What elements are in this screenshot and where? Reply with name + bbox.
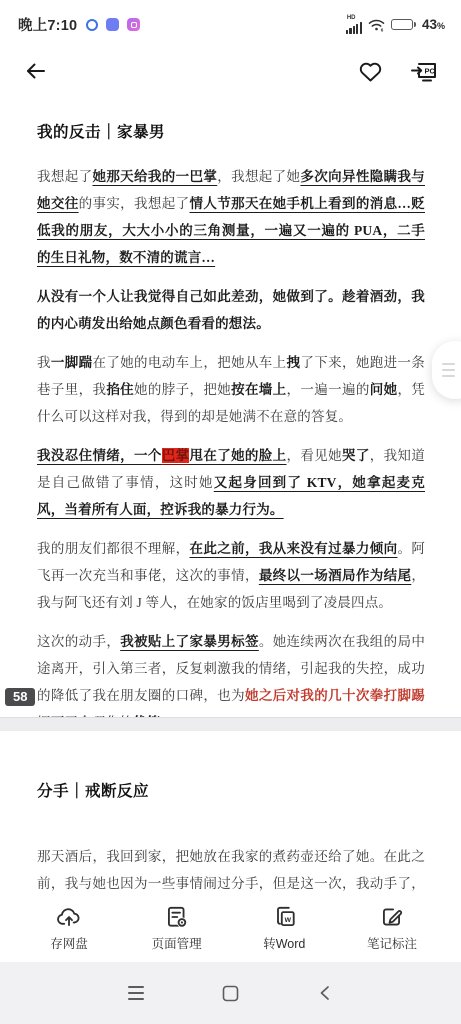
word-convert-icon: w — [271, 904, 298, 930]
note-annotate-button[interactable]: 笔记标注 — [349, 904, 435, 962]
page-manage-button[interactable]: 页面管理 — [134, 904, 220, 962]
notification-icons — [86, 18, 140, 31]
document-page-1[interactable]: 我的反击｜家暴男 我想起了她那天给我的一巴掌，我想起了她多次向异性隐瞒我与她交往… — [0, 102, 461, 717]
paragraph: 我想起了她那天给我的一巴掌，我想起了她多次向异性隐瞒我与她交往的事实，我想起了情… — [37, 163, 425, 271]
purple-app-icon — [127, 18, 140, 31]
back-arrow-icon[interactable] — [24, 59, 48, 83]
toolbar-label: 转Word — [263, 934, 305, 952]
paragraph: 从没有一个人让我觉得自己如此差劲，她做到了。趁着酒劲，我的内心萌发出给她点颜色看… — [37, 283, 425, 337]
status-bar: 晚上7:10 HD 6 43% — [0, 0, 461, 40]
svg-text:PC: PC — [425, 67, 436, 76]
battery-percent: 43% — [422, 17, 445, 32]
favorite-heart-icon[interactable] — [358, 60, 383, 83]
hd-label: HD — [347, 15, 356, 21]
svg-text:6: 6 — [381, 27, 384, 31]
status-indicators: HD 6 43% — [346, 15, 445, 34]
phone-screen: 晚上7:10 HD 6 43% — [0, 0, 461, 1024]
paragraph: 我的朋友们都很不理解，在此之前，我从来没有过暴力倾向。阿飞再一次充当和事佬，这次… — [37, 535, 425, 616]
wifi-icon: 6 — [368, 18, 385, 32]
paragraph: 这次的动手，我被贴上了家暴男标签。她连续两次在我组的局中途离开，引入第三者，反复… — [37, 628, 425, 717]
svg-text:w: w — [283, 915, 291, 924]
toolbar-label: 页面管理 — [152, 934, 202, 952]
back-chevron-icon[interactable] — [317, 984, 333, 1002]
cloud-upload-icon — [55, 904, 83, 930]
home-icon[interactable] — [222, 985, 239, 1002]
page-separator — [0, 717, 461, 731]
page-indicator-badge: 58 — [5, 688, 35, 706]
save-to-cloud-button[interactable]: 存网盘 — [26, 904, 112, 962]
bottom-toolbar: 存网盘 页面管理 w — [0, 898, 461, 962]
system-nav-bar — [0, 962, 461, 1024]
blue-app-icon — [106, 18, 119, 31]
section-title: 分手｜戒断反应 — [37, 779, 425, 801]
paragraph: 我一脚踹在了她的电动车上，把她从车上拽了下来，她跑进一条巷子里，我掐住她的脖子，… — [37, 349, 425, 430]
circle-app-icon — [86, 19, 98, 31]
send-to-pc-icon[interactable]: PC — [409, 58, 439, 84]
signal-icon: HD — [346, 15, 362, 34]
note-annotate-icon — [378, 904, 405, 930]
toolbar-label: 笔记标注 — [367, 934, 417, 952]
sidebar-pull-handle[interactable] — [432, 341, 461, 399]
toolbar-label: 存网盘 — [50, 934, 88, 952]
battery-icon — [391, 19, 416, 31]
section-title: 我的反击｜家暴男 — [37, 120, 425, 142]
page-manage-icon — [163, 904, 190, 930]
app-bar: PC — [0, 40, 461, 102]
paragraph: 我没忍住情绪，一个巴掌甩在了她的脸上，看见她哭了，我知道是自己做错了事情，这时她… — [37, 442, 425, 523]
convert-word-button[interactable]: w 转Word — [241, 904, 327, 962]
recents-icon[interactable] — [128, 986, 144, 1000]
clock: 晚上7:10 — [18, 14, 77, 35]
